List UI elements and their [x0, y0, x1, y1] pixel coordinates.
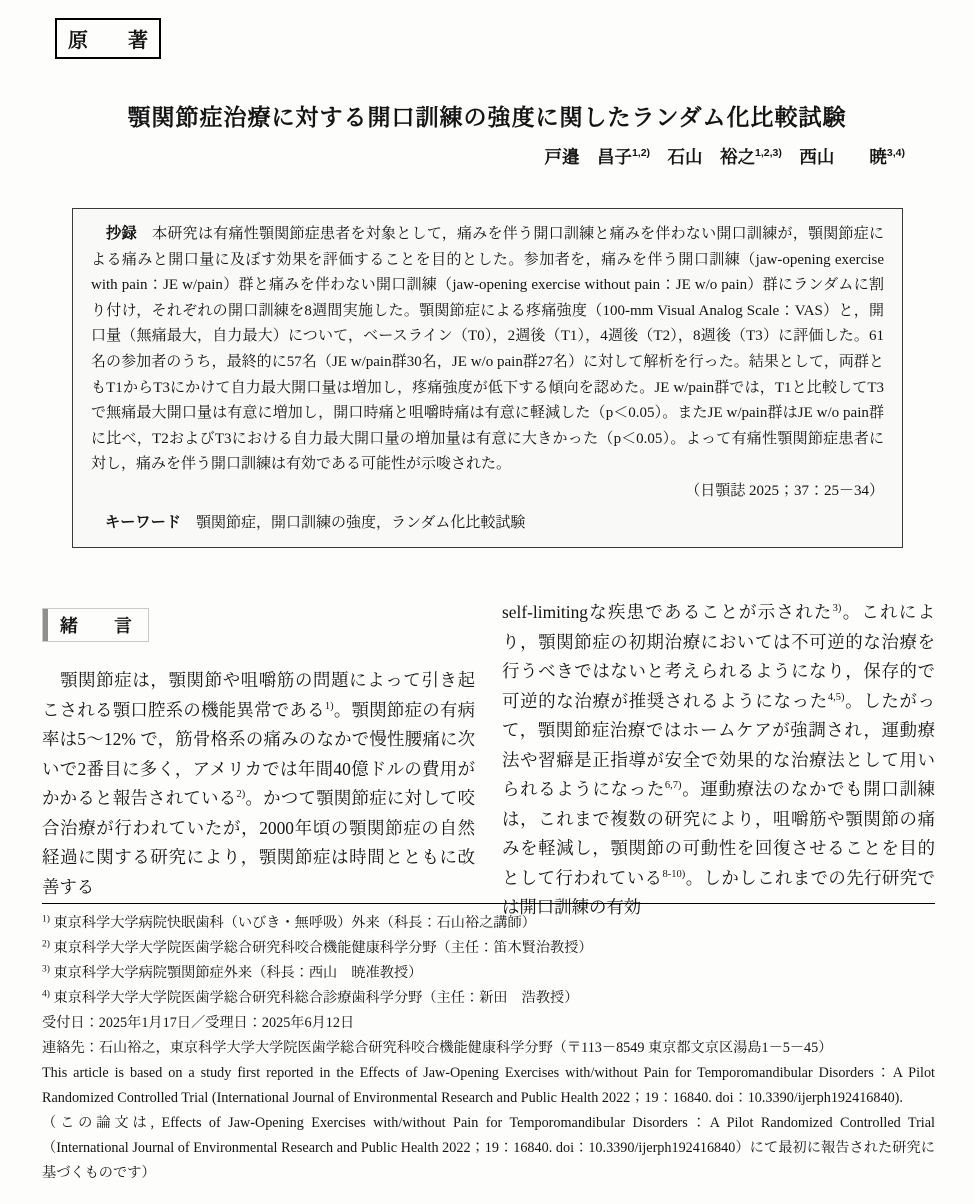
introduction-heading-label: 緒 言: [48, 609, 148, 641]
affiliation-2: 2) 東京科学大学大学院医歯学総合研究科咬合機能健康科学分野（主任：笛木賢治教授…: [42, 936, 935, 961]
introduction-heading: 緒 言: [42, 608, 149, 642]
paper-page: { "header": { "category_label": "原 著", "…: [0, 0, 974, 1204]
received-accepted-dates: 受付日：2025年1月17日／受理日：2025年6月12日: [42, 1011, 935, 1036]
journal-citation: （日顎誌 2025；37：25－34）: [91, 479, 884, 504]
paper-title: 顎関節症治療に対する開口訓練の強度に関したランダム化比較試験: [0, 99, 974, 132]
article-category-badge: 原 著: [55, 18, 161, 59]
authors-line: 戸邉 昌子1,2) 石山 裕之1,2,3) 西山 暁3,4): [544, 144, 905, 169]
introduction-paragraph-left: 顎関節症は，顎関節や咀嚼筋の問題によって引き起こされる顎口腔系の機能異常である1…: [42, 666, 475, 902]
affiliation-3: 3) 東京科学大学病院顎関節症外来（科長：西山 暁准教授）: [42, 961, 935, 986]
original-article-note-english: This article is based on a study first r…: [42, 1061, 935, 1111]
original-article-note-japanese: （この論文は, Effects of Jaw-Opening Exercises…: [42, 1111, 935, 1186]
correspondence-address: 連絡先：石山裕之，東京科学大学大学院医歯学総合研究科咬合機能健康科学分野（〒11…: [42, 1036, 935, 1061]
affiliation-1: 1) 東京科学大学病院快眠歯科（いびき・無呼吸）外来（科長：石山裕之講師）: [42, 911, 935, 936]
keywords-line: キーワード 顎関節症，開口訓練の強度，ランダム化比較試験: [91, 510, 884, 536]
affiliation-4: 4) 東京科学大学大学院医歯学総合研究科総合診療歯科学分野（主任：新田 浩教授）: [42, 986, 935, 1011]
abstract-box: 抄録 本研究は有痛性顎関節症患者を対象として，痛みを伴う開口訓練と痛みを伴わない…: [72, 208, 903, 548]
introduction-section: 緒 言 顎関節症は，顎関節や咀嚼筋の問題によって引き起こされる顎口腔系の機能異常…: [42, 598, 935, 923]
left-column: 緒 言 顎関節症は，顎関節や咀嚼筋の問題によって引き起こされる顎口腔系の機能異常…: [42, 598, 475, 923]
introduction-paragraph-right: self-limitingな疾患であることが示された3)。これにより，顎関節症の…: [502, 598, 935, 923]
abstract-text: 抄録 本研究は有痛性顎関節症患者を対象として，痛みを伴う開口訓練と痛みを伴わない…: [91, 221, 884, 478]
footnotes-block: 1) 東京科学大学病院快眠歯科（いびき・無呼吸）外来（科長：石山裕之講師） 2)…: [42, 903, 935, 1186]
right-column: self-limitingな疾患であることが示された3)。これにより，顎関節症の…: [502, 598, 935, 923]
